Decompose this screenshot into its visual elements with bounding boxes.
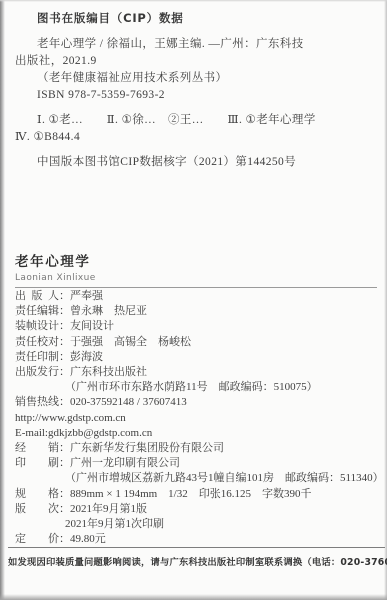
row-value: 于强强 高锡全 杨峻松 [70, 336, 191, 348]
scan-edge-left [0, 0, 5, 600]
row-colon: ： [59, 442, 70, 454]
colophon-block: 出版人：严奉强 责任编辑：曾永琳 热尼亚 装帧设计：友间设计 责任校对：于强强 … [15, 289, 381, 547]
row-price: 定价：49.80元 [15, 532, 381, 547]
book-copyright-page: 图书在版编目（CIP）数据 老年心理学 / 徐福山，王娜主编. —广州：广东科技… [0, 0, 387, 600]
book-title: 老年心理学 [15, 250, 377, 270]
row-label: 销售热线 [15, 395, 59, 410]
cip-line-classification-1: Ⅰ. ①老… Ⅱ. ①徐… ②王… Ⅲ. ①老年心理学 [15, 112, 379, 129]
row-label: 经销 [15, 441, 59, 456]
row-colon: ： [59, 503, 70, 515]
row-colon: ： [59, 305, 70, 317]
cip-line-series: （老年健康福祉应用技术系列丛书） [15, 70, 379, 87]
row-colon: ： [59, 336, 70, 348]
row-colon: ： [59, 457, 70, 469]
row-print-supervisor: 责任印制：彭海波 [15, 350, 381, 365]
row-publisher-person: 出版人：严奉强 [15, 289, 381, 304]
cip-line-isbn: ISBN 978-7-5359-7693-2 [15, 87, 379, 104]
cip-line-publisher-year: 出版社，2021.9 [15, 53, 379, 70]
row-value: 曾永琳 热尼亚 [70, 305, 147, 317]
row-value: 2021年9月第1版 [70, 503, 147, 515]
row-value: 广东新华发行集团股份有限公司 [70, 442, 224, 454]
row-label: 印刷 [15, 456, 59, 471]
row-value: 广州一龙印刷有限公司 [70, 457, 180, 469]
row-colon: ： [59, 320, 70, 332]
row-sales-hotline: 销售热线：020-37592148 / 37607413 [15, 395, 381, 410]
row-publisher-address: （广州市环市东路水荫路11号 邮政编码：510075） [15, 380, 381, 395]
row-colon: ： [59, 366, 70, 378]
website-url: http://www.gdstp.com.cn [15, 411, 381, 426]
row-value: 889mm × 1 194mm 1/32 印张16.125 字数390千 [70, 488, 311, 500]
row-colon: ： [59, 290, 70, 302]
row-colon: ： [59, 351, 70, 363]
title-block: 老年心理学 Laonian Xinlixue [15, 250, 377, 288]
row-printer-address: （广州市增城区荔新九路43号1幢自编101房 邮政编码：511340） [15, 471, 381, 486]
cip-line-classification-2: Ⅳ. ①B844.4 [15, 129, 379, 146]
row-value: 49.80元 [70, 533, 106, 545]
scan-edge-top [0, 0, 387, 2]
row-label: 定价 [15, 532, 59, 547]
row-label: 版次 [15, 502, 59, 517]
row-value: 彭海波 [70, 351, 103, 363]
quality-notice: 如发现因印装质量问题影响阅读，请与广东科技出版社印制室联系调换（电话：020-3… [8, 547, 385, 568]
row-colon: ： [59, 396, 70, 408]
scan-edge-bottom [0, 594, 387, 600]
row-label: 出版发行 [15, 365, 59, 380]
row-responsible-editor: 责任编辑：曾永琳 热尼亚 [15, 304, 381, 319]
row-value: 严奉强 [70, 290, 103, 302]
row-value: 友间设计 [70, 320, 114, 332]
row-value: 020-37592148 / 37607413 [70, 396, 187, 408]
cip-line-title-authors: 老年心理学 / 徐福山，王娜主编. —广州：广东科技 [15, 36, 379, 53]
row-label: 责任印制 [15, 350, 59, 365]
row-value: 广东科技出版社 [70, 366, 147, 378]
row-label: 责任校对 [15, 335, 59, 350]
row-label: 装帧设计 [15, 319, 59, 334]
row-edition: 版次：2021年9月第1版 [15, 502, 381, 517]
cip-line-record-number: 中国版本图书馆CIP数据核字（2021）第144250号 [15, 154, 379, 171]
row-label: 规格 [15, 487, 59, 502]
row-design: 装帧设计：友间设计 [15, 319, 381, 334]
row-distributor: 经销：广东新华发行集团股份有限公司 [15, 441, 381, 456]
cip-header: 图书在版编目（CIP）数据 [15, 10, 379, 27]
row-printing-run: 2021年9月第1次印刷 [15, 517, 381, 532]
row-label: 出版人 [15, 289, 59, 304]
row-printer: 印刷：广州一龙印刷有限公司 [15, 456, 381, 471]
row-label: 责任编辑 [15, 304, 59, 319]
row-publisher: 出版发行：广东科技出版社 [15, 365, 381, 380]
email-address: E-mail:gdkjzbb@gdstp.com.cn [15, 426, 381, 441]
row-colon: ： [59, 488, 70, 500]
row-format-specs: 规格：889mm × 1 194mm 1/32 印张16.125 字数390千 [15, 487, 381, 502]
book-title-pinyin: Laonian Xinlixue [15, 273, 377, 283]
cip-block: 图书在版编目（CIP）数据 老年心理学 / 徐福山，王娜主编. —广州：广东科技… [15, 10, 379, 171]
row-proofreaders: 责任校对：于强强 高锡全 杨峻松 [15, 335, 381, 350]
row-colon: ： [59, 533, 70, 545]
